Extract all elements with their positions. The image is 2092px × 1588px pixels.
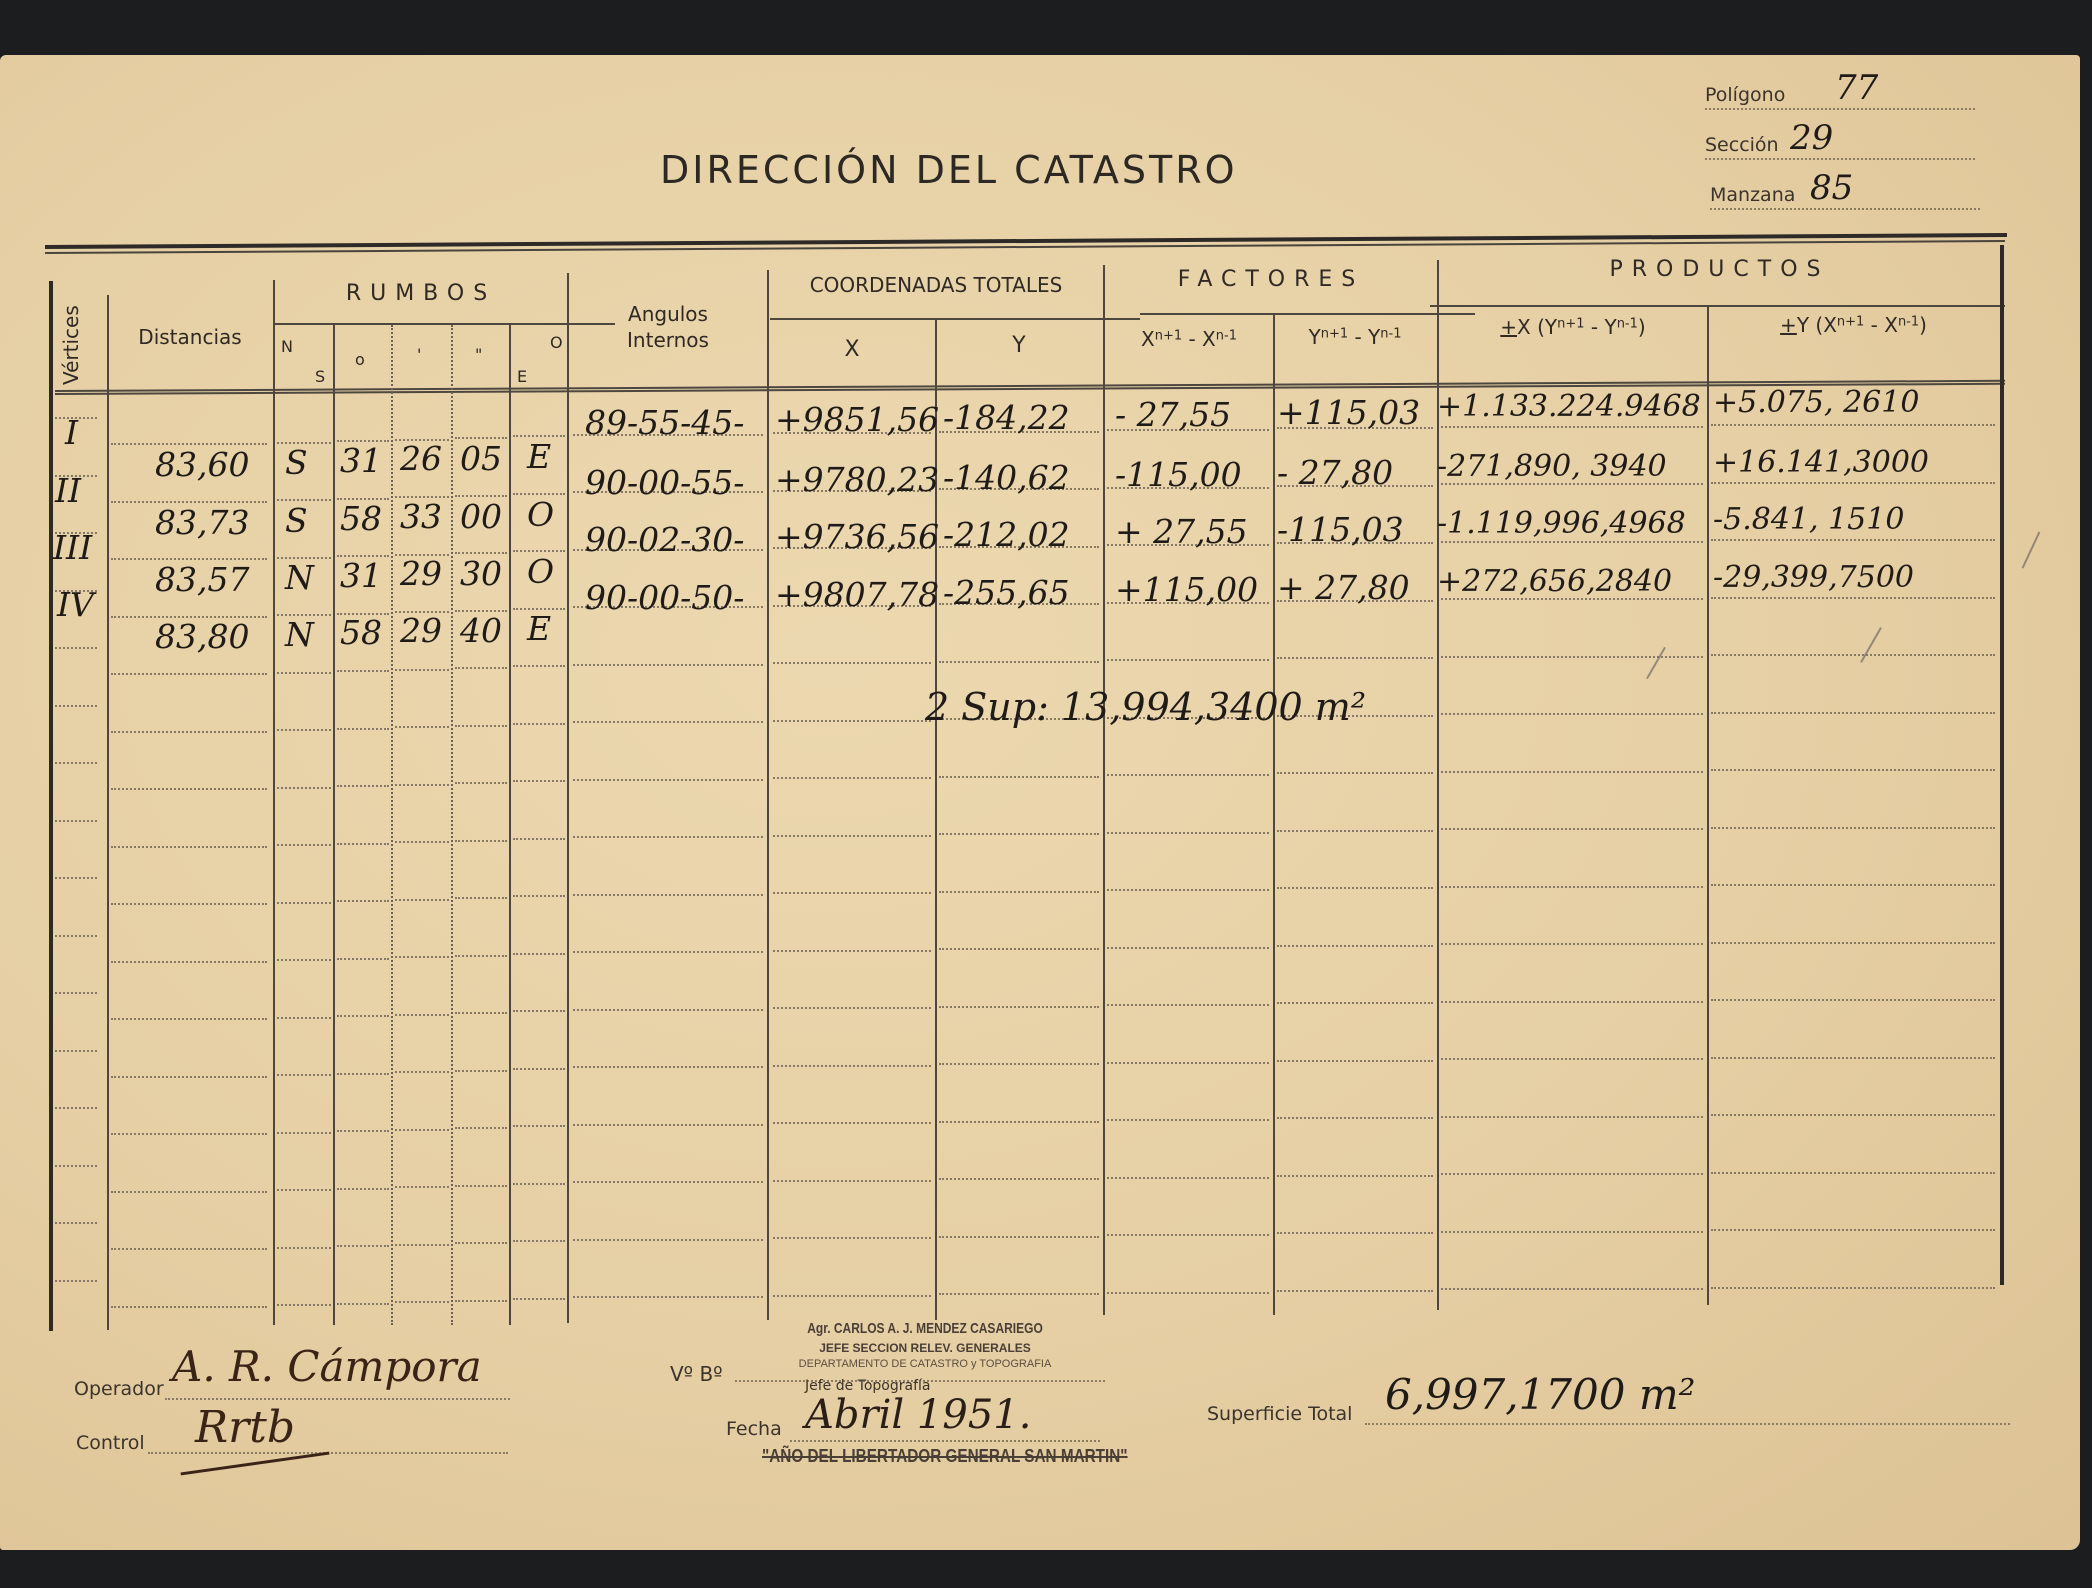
header-producto-x: +X (Yn+1 - Yn-1) [1439, 315, 1707, 339]
ruling-line [1711, 539, 1995, 541]
rumbo-deg-cell: 58 [340, 613, 382, 652]
operador-line [165, 1398, 510, 1400]
ruling-line [513, 1010, 565, 1012]
ruling-line [573, 894, 763, 896]
ruling-line [1277, 1175, 1433, 1177]
vertex-label: II [55, 471, 81, 510]
ruling-line [111, 1191, 267, 1193]
seccion-label: Sección [1705, 134, 1779, 156]
header-factores: FACTORES [1105, 267, 1437, 292]
coord-y-cell: -140,62 [943, 458, 1070, 497]
angulo-cell: 89-55-45- [585, 403, 744, 442]
header-rumbos-s: S [315, 367, 325, 386]
page-title: DIRECCIÓN DEL CATASTRO [660, 148, 1238, 192]
ruling-line [939, 833, 1099, 835]
ruling-line [1441, 943, 1703, 945]
ruling-line [1277, 887, 1433, 889]
ruling-line [455, 725, 507, 727]
stamp-department: DEPARTAMENTO DE CATASTRO y TOPOGRAFIA [740, 1358, 1110, 1370]
ruling-line [455, 1012, 507, 1014]
ruling-line [337, 843, 389, 845]
ruling-line [939, 1236, 1099, 1238]
header-rumbos-n: N [281, 337, 293, 356]
angulo-cell: 90-02-30- [585, 520, 744, 559]
ruling-line [513, 838, 565, 840]
rumbo-min-cell: 26 [400, 439, 442, 478]
ruling-line [395, 956, 449, 958]
check-mark [1646, 647, 1666, 679]
ruling-line [1441, 1116, 1703, 1118]
col-sep-factor-x [1273, 315, 1275, 1315]
ruling-line [1711, 1287, 1995, 1289]
ruling-line [513, 723, 565, 725]
ruling-line [277, 1074, 331, 1076]
ruling-line [1441, 1288, 1703, 1290]
col-sep-ns [333, 325, 335, 1325]
header-distancias: Distancias [107, 325, 273, 349]
ruling-line [573, 951, 763, 953]
ruling-line [111, 1018, 267, 1020]
ruling-line [455, 955, 507, 957]
ruling-line [111, 961, 267, 963]
ruling-line [1107, 1292, 1269, 1294]
ruling-line [513, 953, 565, 955]
header-rumbos-e: E [517, 367, 527, 386]
ruling-line [1441, 541, 1703, 543]
ruling-line [337, 1303, 389, 1305]
ruling-line [1441, 828, 1703, 830]
ruling-line [277, 1304, 331, 1306]
ruling-line [573, 1239, 763, 1241]
ruling-line [111, 1306, 267, 1308]
ruling-line [1107, 1234, 1269, 1236]
ruling-line [773, 950, 931, 952]
ruling-line [513, 780, 565, 782]
ruling-line [1711, 827, 1995, 829]
ruling-line [1107, 832, 1269, 834]
ruling-line [337, 900, 389, 902]
ruling-line [395, 669, 449, 671]
fecha-label: Fecha [726, 1418, 782, 1440]
vertex-label: I [65, 413, 78, 452]
ruling-line [1711, 1172, 1995, 1174]
superficie-total-label: Superficie Total [1207, 1403, 1352, 1425]
col-sep-distancias [273, 280, 275, 1325]
ruling-line [395, 1129, 449, 1131]
ruling-line [1441, 1001, 1703, 1003]
ruling-line [939, 948, 1099, 950]
vertex-label: IV [57, 585, 94, 624]
ruling-line [773, 1007, 931, 1009]
ruling-line [1107, 1177, 1269, 1179]
ruling-line [1277, 1002, 1433, 1004]
ruling-line [573, 1296, 763, 1298]
ruling-line [1711, 942, 1995, 944]
coord-y-cell: -212,02 [943, 515, 1070, 554]
angulo-cell: 90-00-55- [585, 463, 744, 502]
rumbo-eo-cell: E [527, 609, 551, 648]
ruling-line [1277, 1290, 1433, 1292]
coordinates-table: Vértices Distancias RUMBOS N S o ' " O E… [45, 245, 2005, 1330]
double-area-total: 2 Sup: 13,994,3400 m² [925, 685, 1366, 729]
header-factor-x: Xn+1 - Xn-1 [1105, 327, 1273, 351]
rumbo-min-cell: 29 [400, 554, 442, 593]
ruling-line [939, 1178, 1099, 1180]
rumbo-ns-cell: N [285, 615, 314, 654]
superficie-total-line [1365, 1423, 2010, 1425]
ruling-line [1441, 771, 1703, 773]
ruling-line [455, 667, 507, 669]
ruling-line [55, 935, 97, 937]
ruling-line [277, 1247, 331, 1249]
rumbo-deg-cell: 58 [340, 499, 382, 538]
col-sep-vertices [107, 295, 109, 1330]
ruling-line [1441, 886, 1703, 888]
ruling-line [573, 1181, 763, 1183]
coord-x-cell: +9780,23 [775, 460, 939, 499]
ruling-line [111, 1248, 267, 1250]
ruling-line [1711, 769, 1995, 771]
coord-x-cell: +9736,56 [775, 517, 939, 556]
ruling-line [1277, 772, 1433, 774]
ruling-line [513, 1240, 565, 1242]
header-coordenadas: COORDENADAS TOTALES [769, 273, 1103, 297]
ruling-line [939, 776, 1099, 778]
producto-y-cell: +5.075, 2610 [1713, 385, 1919, 420]
ruling-line [1107, 947, 1269, 949]
ruling-line [111, 731, 267, 733]
ruling-line [395, 1014, 449, 1016]
ruling-line [55, 1280, 97, 1282]
operador-label: Operador [74, 1378, 164, 1400]
stamp-position: JEFE SECCION RELEV. GENERALES [740, 1341, 1110, 1355]
ruling-line [1107, 774, 1269, 776]
ruling-line [773, 1065, 931, 1067]
productos-divider [1430, 305, 2005, 307]
ruling-line [1441, 713, 1703, 715]
seccion-value: 29 [1790, 118, 1833, 158]
ruling-line [1711, 999, 1995, 1001]
ruling-line [55, 647, 97, 649]
header-angulos-line1: Angulos [569, 302, 767, 326]
ruling-line [1107, 1062, 1269, 1064]
rumbo-eo-cell: O [527, 495, 554, 534]
factores-divider [1140, 313, 1475, 315]
rumbo-deg-cell: 31 [340, 441, 382, 480]
ruling-line [337, 958, 389, 960]
ruling-line [337, 728, 389, 730]
angulo-cell: 90-00-50- [585, 578, 744, 617]
factor-y-cell: +115,03 [1277, 393, 1420, 432]
rumbo-sec-cell: 40 [460, 611, 502, 650]
header-rumbos-sec: " [475, 345, 482, 364]
header-rumbos-min: ' [417, 345, 421, 364]
header-rumbos-o: O [550, 333, 563, 352]
ruling-line [573, 1124, 763, 1126]
col-sep-min [451, 325, 453, 1325]
producto-y-cell: +16.141,3000 [1713, 445, 1929, 480]
col-sep-producto-x [1707, 305, 1709, 1305]
ruling-line [513, 665, 565, 667]
check-mark [1860, 627, 1882, 663]
ruling-line [55, 877, 97, 879]
distancia-cell: 83,57 [155, 560, 249, 599]
coord-x-cell: +9851,56 [775, 400, 939, 439]
factor-x-cell: - 27,55 [1115, 395, 1231, 434]
ruling-line [455, 1185, 507, 1187]
ruling-line [1711, 712, 1995, 714]
ruling-line [55, 1050, 97, 1052]
ruling-line [277, 902, 331, 904]
ruling-line [773, 777, 931, 779]
seccion-field: Sección 29 [1705, 120, 1975, 160]
table-right-border [2000, 245, 2004, 1285]
ruling-line [395, 784, 449, 786]
ruling-line [337, 1130, 389, 1132]
ruling-line [1107, 1004, 1269, 1006]
coord-y-cell: -255,65 [943, 573, 1070, 612]
ruling-line [773, 835, 931, 837]
ruling-line [455, 897, 507, 899]
ruling-line [277, 787, 331, 789]
ruling-line [513, 1183, 565, 1185]
ruling-line [573, 1009, 763, 1011]
ruling-line [573, 1066, 763, 1068]
fecha-line [790, 1440, 1100, 1442]
ruling-line [395, 1244, 449, 1246]
ruling-line [55, 762, 97, 764]
coordenadas-divider [770, 318, 1140, 320]
producto-x-cell: -271,890, 3940 [1437, 449, 1667, 484]
year-motto-stamp: "AÑO DEL LIBERTADOR GENERAL SAN MARTIN" [762, 1446, 1128, 1467]
header-y: Y [935, 333, 1103, 358]
ruling-line [773, 662, 931, 664]
col-sep-sec [509, 325, 511, 1325]
ruling-line [111, 1133, 267, 1135]
header-vertices: Vértices [59, 305, 83, 385]
ruling-line [1711, 597, 1995, 599]
rumbo-min-cell: 29 [400, 611, 442, 650]
poligono-label: Polígono [1705, 84, 1785, 106]
factor-x-cell: + 27,55 [1115, 512, 1248, 551]
vertex-label: III [53, 528, 92, 567]
ruling-line [55, 1107, 97, 1109]
ruling-line [455, 1070, 507, 1072]
producto-y-cell: -5.841, 1510 [1713, 502, 1904, 537]
ruling-line [111, 846, 267, 848]
ruling-line [1441, 1231, 1703, 1233]
ruling-line [455, 1242, 507, 1244]
ruling-line [1441, 1173, 1703, 1175]
ruling-line [395, 1186, 449, 1188]
ruling-line [1441, 426, 1703, 428]
ruling-line [1711, 884, 1995, 886]
rumbo-eo-cell: E [527, 437, 551, 476]
rumbo-ns-cell: N [285, 558, 314, 597]
ruling-line [939, 1121, 1099, 1123]
header-rumbos-deg: o [355, 350, 365, 369]
ruling-line [939, 1293, 1099, 1295]
ruling-line [513, 895, 565, 897]
distancia-cell: 83,80 [155, 617, 249, 656]
manzana-value: 85 [1810, 168, 1853, 208]
ruling-line [1277, 830, 1433, 832]
ruling-line [773, 1122, 931, 1124]
ruling-line [277, 959, 331, 961]
ruling-line [395, 899, 449, 901]
ruling-line [1711, 1229, 1995, 1231]
ruling-line [1107, 659, 1269, 661]
ruling-line [455, 840, 507, 842]
ruling-line [1441, 1058, 1703, 1060]
factor-y-cell: + 27,80 [1277, 568, 1410, 607]
ruling-line [277, 729, 331, 731]
ruling-line [1711, 654, 1995, 656]
ruling-line [277, 1132, 331, 1134]
vb-label: Vº Bº [670, 1362, 723, 1386]
ruling-line [573, 664, 763, 666]
ruling-line [1711, 424, 1995, 426]
col-sep-angulos [767, 270, 769, 1320]
coord-x-cell: +9807,78 [775, 575, 939, 614]
header-x: X [769, 337, 935, 362]
ruling-line [455, 1300, 507, 1302]
ruling-line [573, 836, 763, 838]
ruling-line [111, 788, 267, 790]
rumbo-ns-cell: S [285, 501, 308, 540]
ruling-line [1711, 482, 1995, 484]
rumbos-divider [275, 323, 615, 325]
ruling-line [395, 726, 449, 728]
col-sep-coordenadas [1103, 265, 1105, 1315]
ruling-line [1711, 1114, 1995, 1116]
producto-x-cell: -1.119,996,4968 [1437, 506, 1686, 541]
ruling-line [773, 720, 931, 722]
ruling-line [55, 820, 97, 822]
ruling-line [337, 1015, 389, 1017]
manzana-label: Manzana [1710, 184, 1795, 206]
ruling-line [513, 1298, 565, 1300]
header-productos: PRODUCTOS [1439, 257, 2000, 282]
rumbo-ns-cell: S [285, 443, 308, 482]
header-angulos-line2: Internos [569, 328, 767, 352]
ruling-line [111, 903, 267, 905]
ruling-line [939, 891, 1099, 893]
header-rumbos: RUMBOS [275, 281, 567, 306]
ruling-line [513, 1125, 565, 1127]
rumbo-sec-cell: 00 [460, 497, 502, 536]
fecha-value: Abril 1951. [805, 1392, 1031, 1438]
rumbo-sec-cell: 05 [460, 439, 502, 478]
ruling-line [395, 1301, 449, 1303]
operador-signature: A. R. Cámpora [172, 1342, 482, 1391]
control-label: Control [76, 1432, 145, 1454]
ruling-line [55, 705, 97, 707]
ruling-line [337, 1245, 389, 1247]
official-stamp: Agr. CARLOS A. J. MENDEZ CASARIEGO JEFE … [740, 1320, 1110, 1370]
ruling-line [773, 1180, 931, 1182]
ruling-line [277, 844, 331, 846]
ruling-line [1711, 1057, 1995, 1059]
ruling-line [337, 785, 389, 787]
rumbo-min-cell: 33 [400, 497, 442, 536]
distancia-cell: 83,60 [155, 445, 249, 484]
ruling-line [939, 1006, 1099, 1008]
ruling-line [395, 841, 449, 843]
manzana-field: Manzana 85 [1710, 170, 1980, 210]
ruling-line [773, 1295, 931, 1297]
ruling-line [395, 1071, 449, 1073]
header-factor-y: Yn+1 - Yn-1 [1273, 325, 1437, 349]
ruling-line [337, 670, 389, 672]
coord-y-cell: -184,22 [943, 398, 1070, 437]
ruling-line [337, 1188, 389, 1190]
col-sep-deg [391, 325, 393, 1325]
factor-y-cell: - 27,80 [1277, 453, 1393, 492]
distancia-cell: 83,73 [155, 503, 249, 542]
ruling-line [337, 1073, 389, 1075]
ruling-line [111, 1076, 267, 1078]
rumbo-deg-cell: 31 [340, 556, 382, 595]
ruling-line [1277, 1060, 1433, 1062]
poligono-value: 77 [1835, 68, 1878, 108]
ruling-line [573, 721, 763, 723]
rumbo-sec-cell: 30 [460, 554, 502, 593]
ruling-line [1277, 945, 1433, 947]
poligono-field: Polígono 77 [1705, 70, 1975, 110]
ruling-line [573, 779, 763, 781]
ruling-line [1107, 889, 1269, 891]
ruling-line [939, 1063, 1099, 1065]
ruling-line [277, 672, 331, 674]
factor-x-cell: +115,00 [1115, 570, 1258, 609]
ruling-line [1277, 1232, 1433, 1234]
ruling-line [55, 1165, 97, 1167]
table-left-border [49, 281, 53, 1331]
ruling-line [513, 1068, 565, 1070]
ruling-line [1277, 657, 1433, 659]
header-producto-y: +Y (Xn+1 - Xn-1) [1707, 313, 2000, 337]
ruling-line [1107, 1119, 1269, 1121]
ruling-line [111, 673, 267, 675]
ruling-line [773, 1237, 931, 1239]
ruling-line [455, 782, 507, 784]
ruling-line [277, 1189, 331, 1191]
ruling-line [1441, 656, 1703, 658]
rumbo-eo-cell: O [527, 552, 554, 591]
factor-x-cell: -115,00 [1115, 455, 1242, 494]
ruling-line [939, 661, 1099, 663]
control-signature: Rrtb [195, 1402, 295, 1453]
ruling-line [773, 892, 931, 894]
ruling-line [55, 1222, 97, 1224]
producto-x-cell: +272,656,2840 [1437, 564, 1672, 599]
ruling-line [55, 992, 97, 994]
ruling-line [1277, 1117, 1433, 1119]
stamp-name: Agr. CARLOS A. J. MENDEZ CASARIEGO [777, 1320, 1073, 1337]
superficie-total-value: 6,997,1700 m² [1385, 1370, 1696, 1419]
factor-y-cell: -115,03 [1277, 510, 1404, 549]
ruling-line [277, 1017, 331, 1019]
col-sep-rumbos [567, 273, 569, 1323]
producto-x-cell: +1.133.224.9468 [1437, 389, 1701, 424]
ruling-line [455, 1127, 507, 1129]
producto-y-cell: -29,399,7500 [1713, 560, 1914, 595]
